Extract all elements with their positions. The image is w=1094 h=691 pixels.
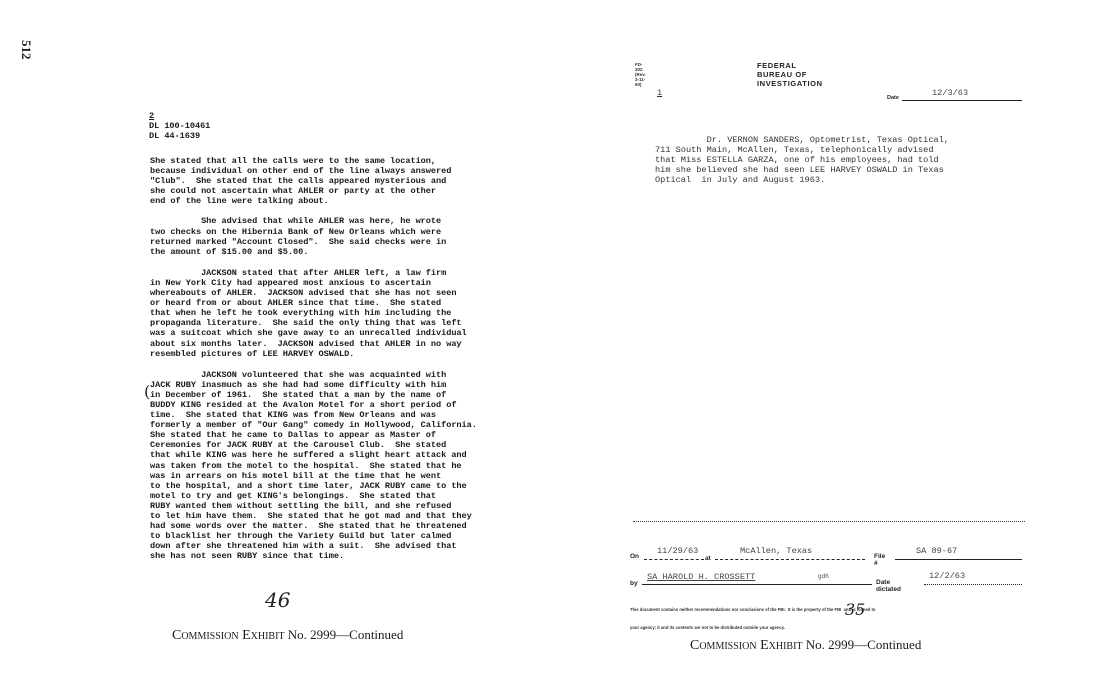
on-label: On xyxy=(630,553,639,560)
file-number-2: DL 44-1639 xyxy=(149,131,200,141)
paragraph: JACKSON volunteered that she was acquain… xyxy=(150,370,477,562)
caption-prefix: Commission Exhibit xyxy=(690,638,803,653)
disclaimer: This document contains neither recommend… xyxy=(630,595,875,643)
form-id: FD-302 (Rev. 3-11-60) xyxy=(635,62,646,87)
handwritten-page-number: 46 xyxy=(265,588,290,612)
disclaimer-line: your agency; it and its contents are not… xyxy=(630,625,875,631)
text-line: RUBY wanted them without settling the bi… xyxy=(150,501,477,511)
text-line: was a suitcoat which she gave away to an… xyxy=(150,328,477,338)
text-line: JACKSON volunteered that she was acquain… xyxy=(150,370,477,380)
by-label: by xyxy=(630,580,638,587)
page-number: 512 xyxy=(18,40,34,60)
date-dictated-value: 12/2/63 xyxy=(929,571,965,581)
file-number-value: SA 89-67 xyxy=(916,546,957,556)
at-location-value: McAllen, Texas xyxy=(740,546,812,556)
date-line xyxy=(902,100,1022,101)
agency-header: FEDERAL BUREAU OF INVESTIGATION xyxy=(757,61,823,88)
text-line: was taken from the motel to the hospital… xyxy=(150,461,477,471)
text-line: BUDDY KING resided at the Avalon Motel f… xyxy=(150,400,477,410)
exhibit-caption: Commission Exhibit No. 2999—Continued xyxy=(690,637,921,654)
at-line xyxy=(715,559,865,560)
caption-rest: No. 2999—Continued xyxy=(806,637,922,652)
paragraph: JACKSON stated that after AHLER left, a … xyxy=(150,268,477,359)
text-line: She advised that while AHLER was here, h… xyxy=(150,216,477,226)
text-line: the amount of $15.00 and $5.00. xyxy=(150,247,477,257)
left-body-text: She stated that all the calls were to th… xyxy=(150,156,477,561)
text-line: JACK RUBY inasmuch as she had had some d… xyxy=(150,380,477,390)
on-line xyxy=(644,559,704,560)
typist-initials: gdh xyxy=(818,573,829,580)
paragraph: She advised that while AHLER was here, h… xyxy=(150,216,477,256)
caption-prefix: Commission Exhibit xyxy=(172,628,285,643)
text-line: time. She stated that KING was from New … xyxy=(150,410,477,420)
left-page-index: 2 xyxy=(149,111,154,121)
file-number-1: DL 100-10461 xyxy=(149,121,210,131)
page-separator xyxy=(633,521,1025,522)
right-page-index: 1 xyxy=(657,88,662,98)
text-line: or heard from or about AHLER since that … xyxy=(150,298,477,308)
text-line: to let him have them. She stated that he… xyxy=(150,511,477,521)
text-line: to blacklist her through the Variety Gui… xyxy=(150,531,477,541)
text-line: two checks on the Hibernia Bank of New O… xyxy=(150,227,477,237)
text-line: had some words over the matter. She stat… xyxy=(150,521,477,531)
text-line: end of the line were talking about. xyxy=(150,196,477,206)
date-dictated-line xyxy=(924,584,1022,585)
caption-rest: No. 2999—Continued xyxy=(288,627,404,642)
text-line: 711 South Main, McAllen, Texas, telephon… xyxy=(655,145,949,155)
report-body: Dr. VERNON SANDERS, Optometrist, Texas O… xyxy=(655,135,949,185)
handwritten-page-number: 35 xyxy=(845,600,865,619)
text-line: him she believed she had seen LEE HARVEY… xyxy=(655,165,949,175)
date-dictated-label: Date dictated xyxy=(876,579,901,593)
date-value: 12/3/63 xyxy=(932,88,968,98)
text-line: Ceremonies for JACK RUBY at the Carousel… xyxy=(150,440,477,450)
by-line xyxy=(642,584,872,585)
text-line: propaganda literature. She said the only… xyxy=(150,318,477,328)
file-label: File # xyxy=(874,553,885,567)
text-line: resembled pictures of LEE HARVEY OSWALD. xyxy=(150,349,477,359)
text-line: She stated that he came to Dallas to app… xyxy=(150,430,477,440)
text-line: to the hospital, and a short time later,… xyxy=(150,481,477,491)
text-line: Dr. VERNON SANDERS, Optometrist, Texas O… xyxy=(655,135,949,145)
text-line: that Miss ESTELLA GARZA, one of his empl… xyxy=(655,155,949,165)
text-line: that when he left he took everything wit… xyxy=(150,308,477,318)
disclaimer-line: This document contains neither recommend… xyxy=(630,607,875,613)
text-line: because individual on other end of the l… xyxy=(150,166,477,176)
date-label: Date xyxy=(887,95,899,101)
text-line: in December of 1961. She stated that a m… xyxy=(150,390,477,400)
text-line: about six months later. JACKSON advised … xyxy=(150,339,477,349)
text-line: that while KING was here he suffered a s… xyxy=(150,450,477,460)
on-date-value: 11/29/63 xyxy=(657,546,698,556)
exhibit-caption: Commission Exhibit No. 2999—Continued xyxy=(172,627,403,644)
file-line xyxy=(895,559,1022,560)
agent-name-value: SA HAROLD H. CROSSETT xyxy=(647,572,755,582)
text-line: Optical in July and August 1963. xyxy=(655,175,949,185)
text-line: motel to try and get KING's belongings. … xyxy=(150,491,477,501)
at-label: at xyxy=(705,555,711,562)
margin-mark: ( xyxy=(144,382,150,401)
text-line: formerly a member of "Our Gang" comedy i… xyxy=(150,420,477,430)
text-line: down after she threatened him with a sui… xyxy=(150,541,477,551)
text-line: whereabouts of AHLER. JACKSON advised th… xyxy=(150,288,477,298)
text-line: She stated that all the calls were to th… xyxy=(150,156,477,166)
text-line: was in arrears on his motel bill at the … xyxy=(150,471,477,481)
text-line: returned marked "Account Closed". She sa… xyxy=(150,237,477,247)
text-line: in New York City had appeared most anxio… xyxy=(150,278,477,288)
paragraph: She stated that all the calls were to th… xyxy=(150,156,477,206)
text-line: she could not ascertain what AHLER or pa… xyxy=(150,186,477,196)
text-line: JACKSON stated that after AHLER left, a … xyxy=(150,268,477,278)
text-line: she has not seen RUBY since that time. xyxy=(150,551,477,561)
text-line: "Club". She stated that the calls appear… xyxy=(150,176,477,186)
